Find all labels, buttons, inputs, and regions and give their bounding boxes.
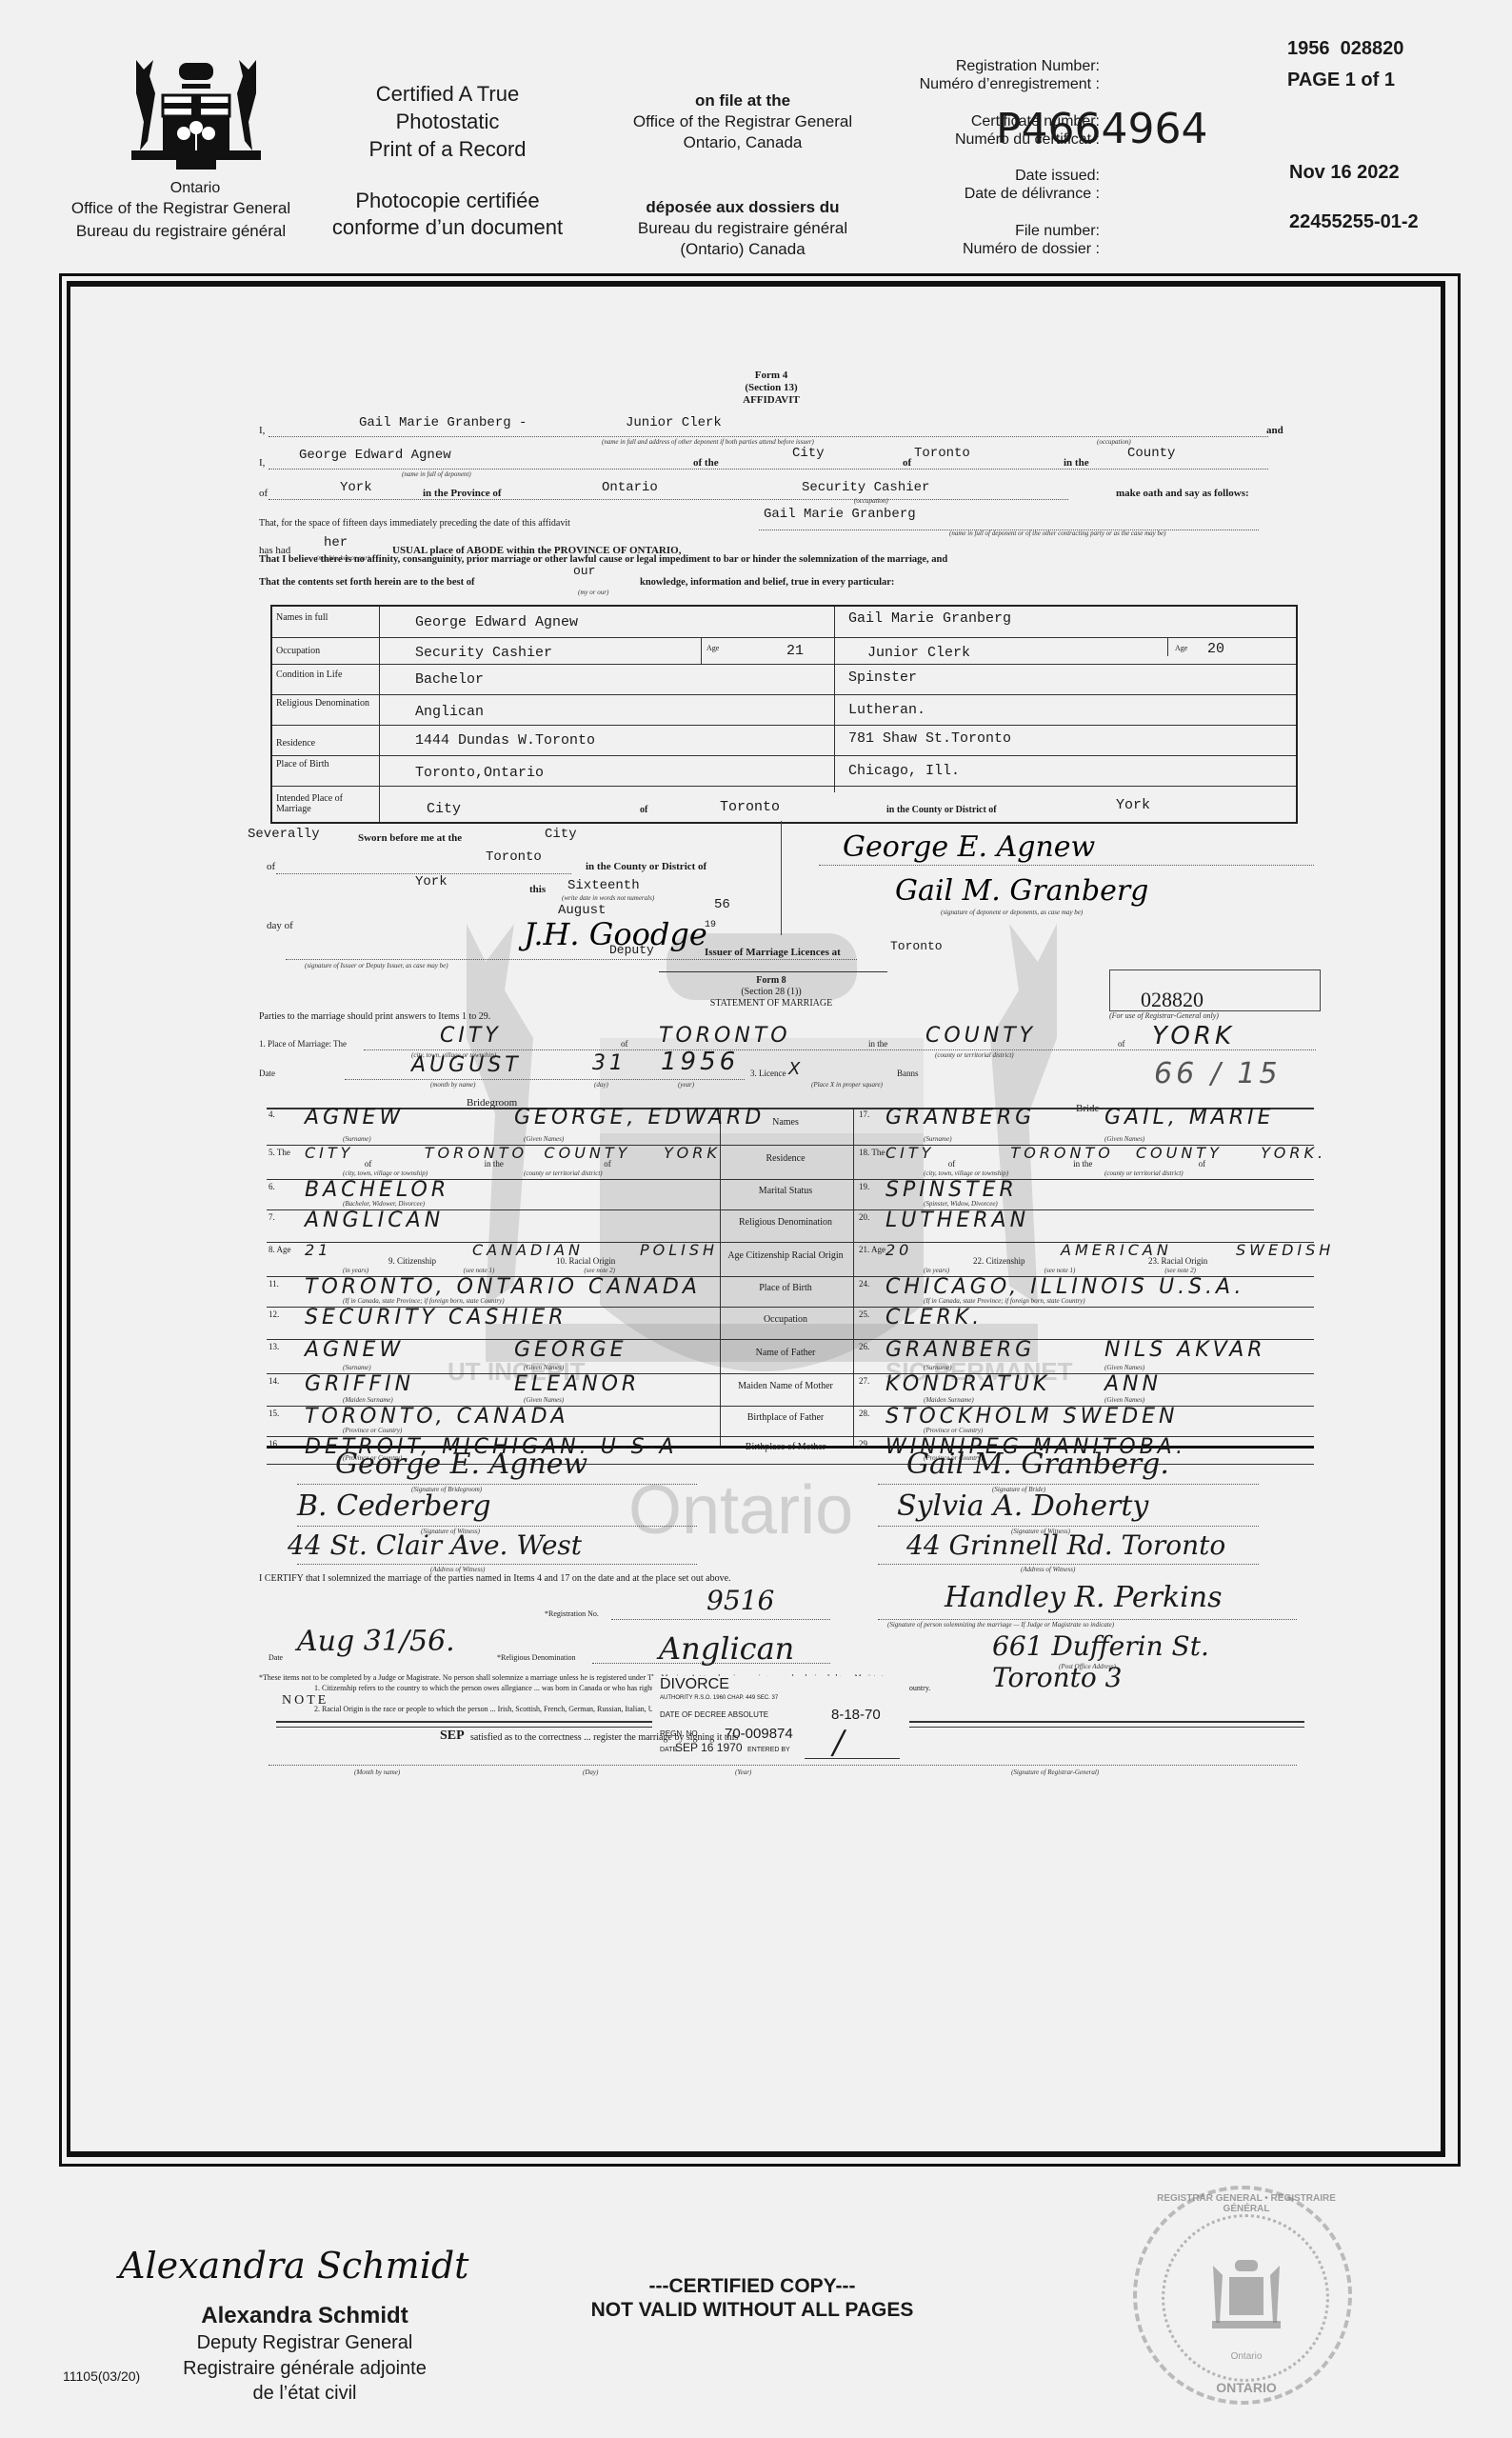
deputy-registrar-name: Alexandra Schmidt [152,2303,457,2329]
religious-denomination-handwritten: Anglican [659,1630,794,1667]
groom-value: BACHELOR [305,1178,449,1202]
bride-value: CITY [885,1144,934,1162]
date-rule [345,1079,745,1080]
table-row: 13.26.Name of FatherAGNEWGEORGEGRANBERGN… [267,1340,1314,1374]
statement-signatures: George E. Agnew (Signature of Bridegroom… [259,1448,1316,1562]
field-hint: (in years) [343,1267,368,1274]
table-row: Religious Denomination Anglican Lutheran… [272,694,1296,726]
groom-value: 9. Citizenship [388,1256,436,1266]
affidavit-line-1: I, Gail Marie Granberg - Junior Clerk (n… [259,415,1297,444]
registrar-use-box: 028820 [1109,969,1321,1011]
deponent2-occupation: Security Cashier [802,480,929,495]
sworn-divider [781,821,782,935]
bride-value: STOCKHOLM SWEDEN [885,1405,1179,1429]
office-name-en: Office of the Registrar General [38,197,324,219]
groom-value: TORONTO [425,1144,527,1162]
deputy-registrar-title-en: Deputy Registrar General [152,2332,457,2354]
file-number-label: File number: Numéro de dossier : [857,222,1100,258]
sig-rule [297,1564,697,1565]
deponent-signature-groom: George E. Agnew [843,830,1095,864]
officiant-block: *Registration No. 9516 Handley R. Perkin… [259,1581,1316,1667]
groom-value: 10. Racial Origin [556,1256,615,1266]
field-hint: (Given Names) [1104,1364,1144,1371]
groom-value: ELEANOR [514,1372,640,1396]
row-label: Place of Birth [724,1283,847,1293]
age-divider [1167,637,1168,656]
field-hint: (If in Canada, state Province; if foreig… [924,1297,1085,1305]
bride-value: YORK. [1261,1144,1326,1162]
bride-value: 22. Citizenship [973,1256,1025,1266]
certified-true-en: Certified A True Photostatic Print of a … [314,80,581,163]
statement-top-rule [659,971,887,972]
field-hint: (If in Canada, state Province; if foreig… [343,1297,505,1305]
witness1-address: 44 St. Clair Ave. West [288,1529,582,1561]
affidavit-particulars-table: Names in full George Edward Agnew Gail M… [270,605,1298,824]
item-number: 21. Age [859,1245,885,1254]
item-number: 20. [859,1212,869,1222]
marriage-date-handwritten: Aug 31/56. [297,1625,455,1658]
bride-value: LUTHERAN [885,1209,1029,1232]
groom-value: of [365,1159,372,1169]
field-hint: (Given Names) [1104,1396,1144,1404]
item-number: 15. [269,1409,279,1418]
bride-value: CLERK. [885,1306,983,1329]
field-hint: (Given Names) [524,1396,564,1404]
item-number: 12. [269,1309,279,1319]
row-label: Maiden Name of Mother [724,1381,847,1391]
statement-heading: Form 8 (Section 28 (1)) STATEMENT OF MAR… [666,975,876,1009]
groom-value: GEORGE, EDWARD [514,1106,765,1129]
certified-copy-banner: ---CERTIFIED COPY--- [571,2275,933,2298]
bride-value: ANN [1104,1372,1162,1396]
seal-coat-of-arms-icon [1208,2256,1284,2342]
groom-value: COUNTY [544,1144,630,1162]
affidavit-line-6: That I believe there is no affinity, con… [259,554,947,565]
table-row: Condition in Life Bachelor Spinster [272,664,1296,695]
deponent1-name: Gail Marie Granberg - [359,415,527,430]
field-hint: (Given Names) [1104,1135,1144,1143]
field-hint: (Surname) [343,1135,371,1143]
field-hint: (see note 1) [464,1267,495,1274]
bride-value: GAIL, MARIE [1104,1106,1275,1129]
affidavit-form-heading: Form 4 (Section 13) AFFIDAVIT [666,370,876,407]
sig-rule [297,1484,697,1485]
registration-number: 1956 028820 [1287,38,1403,60]
row-label: Occupation [724,1314,847,1325]
item-number: 14. [269,1376,279,1386]
item-number: 5. The [269,1148,290,1157]
field-hint: (Spinster, Widow, Divorcee) [924,1200,998,1208]
item-number: 25. [859,1309,869,1319]
bride-value: in the [1073,1159,1092,1169]
groom-value: GEORGE [514,1338,627,1362]
affidavit-line-3: of York in the Province of Ontario Secur… [259,476,1297,505]
table-row: 11.24.Place of BirthTORONTO, ONTARIO CAN… [267,1277,1314,1308]
groom-value: 21 [305,1241,331,1259]
handwritten-note: 66 / 15 [1154,1057,1282,1090]
item-number: 17. [859,1109,869,1119]
row-label: Residence [724,1153,847,1164]
row-label: Age Citizenship Racial Origin [724,1250,847,1261]
item-number: 26. [859,1342,869,1351]
bride-value: KONDRATUK [885,1372,1050,1396]
item-number: 18. The [859,1148,885,1157]
item-number: 7. [269,1212,275,1222]
bride-value: 20 [885,1241,912,1259]
field-hint: (county or territorial district) [1104,1169,1184,1177]
statement-instruction: Parties to the marriage should print ans… [259,1011,490,1022]
office-name-fr: Bureau du registraire général [38,220,324,242]
decree-absolute-date: 8-18-70 [831,1707,881,1723]
affidavit-line-2-rule [269,469,1268,470]
witness2-signature: Sylvia A. Doherty [897,1489,1148,1523]
statement-grid: 4.17.NamesAGNEWGEORGE, EDWARDGRANBERGGAI… [267,1108,1314,1446]
field-hint: (Given Names) [524,1135,564,1143]
row-label: Marital Status [724,1186,847,1196]
field-hint: (city, town, village or township) [924,1169,1008,1177]
registration-label: Registration Number: Numéro d’enregistre… [857,57,1100,93]
bride-value: GRANBERG [885,1338,1035,1362]
bride-value: TORONTO [1010,1144,1113,1162]
field-hint: (county or territorial district) [524,1169,603,1177]
item-number: 6. [269,1182,275,1191]
table-row: Residence 1444 Dundas W.Toronto 781 Shaw… [272,725,1296,756]
on-file-block: on file at the Office of the Registrar G… [600,90,885,153]
date-issued: Nov 16 2022 [1289,162,1400,184]
affidavit-line-2: I, George Edward Agnew (name in full of … [259,446,1297,474]
date-issued-label: Date issued: Date de délivrance : [857,167,1100,203]
page-info: PAGE 1 of 1 [1287,70,1395,91]
deponent-rule [819,865,1314,866]
groom-value: TORONTO, ONTARIO CANADA [305,1275,701,1299]
groom-value: of [604,1159,611,1169]
registration-rule [611,1619,830,1620]
field-hint: (Surname) [343,1364,371,1371]
bride-value: of [948,1159,956,1169]
deponent1-occupation: Junior Clerk [626,415,722,430]
table-row: Names in full George Edward Agnew Gail M… [272,607,1296,638]
certificate-number: P4664964 [996,105,1208,153]
field-hint: (see note 1) [1044,1267,1076,1274]
sworn-block: Severally Sworn before me at the City of… [248,821,1314,964]
deponent-signature-bride: Gail M. Granberg [895,874,1148,908]
item-number: 19. [859,1182,869,1191]
bride-value: NILS AKVAR [1104,1338,1266,1362]
bride-value: SWEDISH [1236,1241,1334,1259]
groom-value: AGNEW [305,1106,404,1129]
groom-value: ANGLICAN [305,1209,444,1232]
certified-true-fr: Photocopie certifiée conforme d’un docum… [305,188,590,241]
table-row: 8. Age21. AgeAge Citizenship Racial Orig… [267,1243,1314,1277]
item-number: 24. [859,1279,869,1289]
table-row: 7.20.Religious DenominationANGLICANLUTHE… [267,1210,1314,1243]
field-hint: (Maiden Surname) [924,1396,974,1404]
bride-value: 23. Racial Origin [1148,1256,1207,1266]
affidavit-line-3-rule [269,499,1068,500]
table-row: 15.28.Birthplace of FatherTORONTO, CANAD… [267,1407,1314,1437]
witness2-address: 44 Grinnell Rd. Toronto [906,1529,1225,1561]
bride-value: GRANBERG [885,1106,1035,1129]
field-hint: (Province or Country) [343,1427,402,1434]
row-label: Name of Father [724,1348,847,1358]
groom-signature: George E. Agnew [335,1448,587,1481]
affidavit-line-4: That, for the space of fifteen days imme… [259,505,1297,533]
ontario-coat-of-arms-icon [127,55,266,174]
sig-rule [878,1526,1259,1527]
affidavit-line-7: That the contents set forth herein are t… [259,568,1297,596]
coat-of-arms-caption: Ontario [95,177,295,199]
deputy-registrar-signature: Alexandra Schmidt [119,2245,468,2287]
licence-checkbox: X [788,1059,804,1079]
bride-value: CHICAGO, ILLINOIS U.S.A. [885,1275,1244,1299]
groom-value: POLISH [640,1241,718,1259]
field-hint: (see note 2) [1164,1267,1196,1274]
field-hint: (Maiden Surname) [343,1396,393,1404]
item-number: 27. [859,1376,869,1386]
table-row: 5. The18. TheResidenceCITYofTORONTOin th… [267,1146,1314,1180]
field-hint: (Bachelor, Widower, Divorcee) [343,1200,425,1208]
field-hint: (see note 2) [584,1267,615,1274]
registrar-rule [269,1765,1297,1766]
field-hint: (Province or Country) [924,1427,983,1434]
table-row: Intended Place of Marriage City of Toron… [272,786,1296,820]
form-code: 11105(03/20) [63,2368,140,2384]
groom-value: in the [485,1159,504,1169]
bride-value: SPINSTER [885,1178,1018,1202]
item-number: 28. [859,1409,869,1418]
field-hint: (Surname) [924,1364,952,1371]
date-of-marriage-line: Date AUGUST (month by name) 31 (day) 195… [259,1053,1316,1091]
officiant-rule [878,1619,1297,1620]
file-number: 22455255-01-2 [1289,211,1419,233]
field-hint: (in years) [924,1267,949,1274]
groom-value: TORONTO, CANADA [305,1405,569,1429]
bride-value: of [1199,1159,1206,1169]
deposee-block: déposée aux dossiers du Bureau du regist… [600,197,885,260]
affidavit-line-1-rule [269,436,1268,437]
groom-value: CITY [305,1144,353,1162]
groom-value: YORK [664,1144,721,1162]
groom-value: SECURITY CASHIER [305,1306,567,1329]
age-divider [701,637,702,664]
field-hint: (Given Names) [524,1364,564,1371]
bride-signature: Gail M. Granberg. [906,1448,1169,1481]
deponent2-name: George Edward Agnew [299,448,451,463]
table-row: 12.25.OccupationSECURITY CASHIERCLERK. [267,1308,1314,1340]
registrar-general-seal-icon: REGISTRAR GENERAL • REGISTRAIRE GÉNÉRAL … [1133,2186,1352,2405]
sig-rule [878,1564,1259,1565]
issuer-rule [286,959,857,960]
bride-value: COUNTY [1136,1144,1223,1162]
registration-number-handwritten: 9516 [706,1585,774,1616]
deputy-registrar-title-fr-1: Registraire générale adjointe [152,2358,457,2380]
table-row: Place of Birth Toronto,Ontario Chicago, … [272,755,1296,787]
field-hint: (city, town, village or township) [343,1169,428,1177]
witness1-signature: B. Cederberg [297,1489,491,1523]
registrar-line: SEP satisfied as to the correctness ... … [259,1729,1316,1786]
item-number: 11. [269,1279,279,1289]
item-number: 13. [269,1342,279,1351]
field-hint: (Surname) [924,1135,952,1143]
table-row: 4.17.NamesAGNEWGEORGE, EDWARDGRANBERGGAI… [267,1108,1314,1146]
table-row: 6.19.Marital StatusBACHELORSPINSTER(Bach… [267,1180,1314,1210]
table-row: 14.27.Maiden Name of MotherGRIFFINELEANO… [267,1374,1314,1407]
officiant-signature: Handley R. Perkins [945,1581,1223,1614]
row-label: Religious Denomination [724,1217,847,1228]
groom-value: GRIFFIN [305,1372,414,1396]
party-name: Gail Marie Granberg [764,507,916,522]
deputy-registrar-title-fr-2: de l’état civil [152,2383,457,2405]
row-label: Birthplace of Father [724,1412,847,1423]
not-valid-notice: NOT VALID WITHOUT ALL PAGES [552,2299,952,2322]
sig-rule [878,1484,1259,1485]
item-number: 4. [269,1109,275,1119]
sig-rule [297,1526,697,1527]
groom-value: AGNEW [305,1338,404,1362]
item-number: 8. Age [269,1245,291,1254]
table-row: Occupation Security Cashier Age 21 Junio… [272,637,1296,665]
